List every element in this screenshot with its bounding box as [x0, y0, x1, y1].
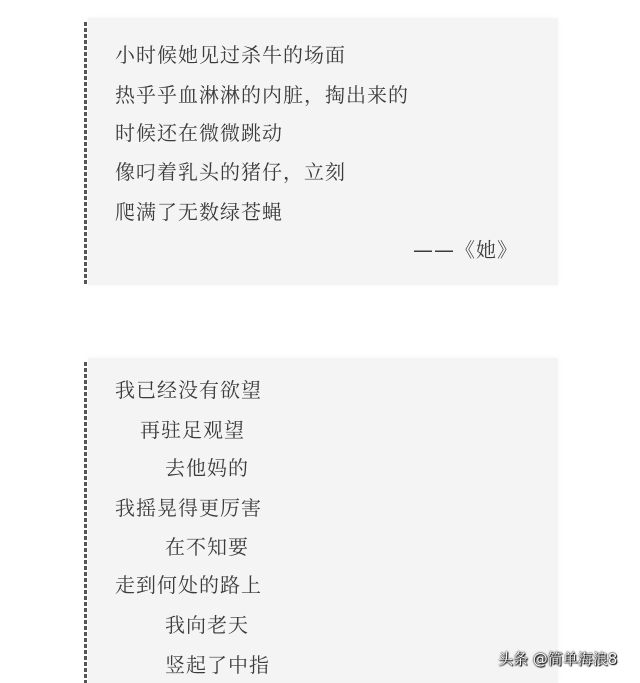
poem-line: 竖起了中指	[165, 653, 270, 677]
poem-line: 再驻足观望	[140, 418, 245, 442]
poem-line: 爬满了无数绿苍蝇	[115, 200, 283, 224]
dashed-border	[84, 362, 87, 683]
poem-line: 在不知要	[165, 535, 249, 559]
poem-line: 像叼着乳头的猪仔，立刻	[115, 160, 346, 184]
poem-line: 我向老天	[165, 613, 249, 637]
poem-line: 我摇晃得更厉害	[115, 496, 262, 520]
poem-line: 小时候她见过杀牛的场面	[115, 43, 346, 67]
poem-line: 我已经没有欲望	[115, 378, 262, 402]
poem-card-2: 我已经没有欲望 再驻足观望 去他妈的 我摇晃得更厉害 在不知要 走到何处的路上 …	[88, 358, 558, 683]
poem-line: 走到何处的路上	[115, 573, 262, 597]
dashed-border	[84, 22, 87, 285]
poem-line: 时候还在微微跳动	[115, 121, 283, 145]
poem-attribution: ——《她》	[413, 238, 518, 262]
poem-card-1: 小时候她见过杀牛的场面 热乎乎血淋淋的内脏，掏出来的 时候还在微微跳动 像叼着乳…	[88, 18, 558, 285]
poem-line: 热乎乎血淋淋的内脏，掏出来的	[115, 83, 409, 107]
poem-line: 去他妈的	[165, 456, 249, 480]
watermark: 头条 @简单海浪8	[498, 650, 617, 668]
